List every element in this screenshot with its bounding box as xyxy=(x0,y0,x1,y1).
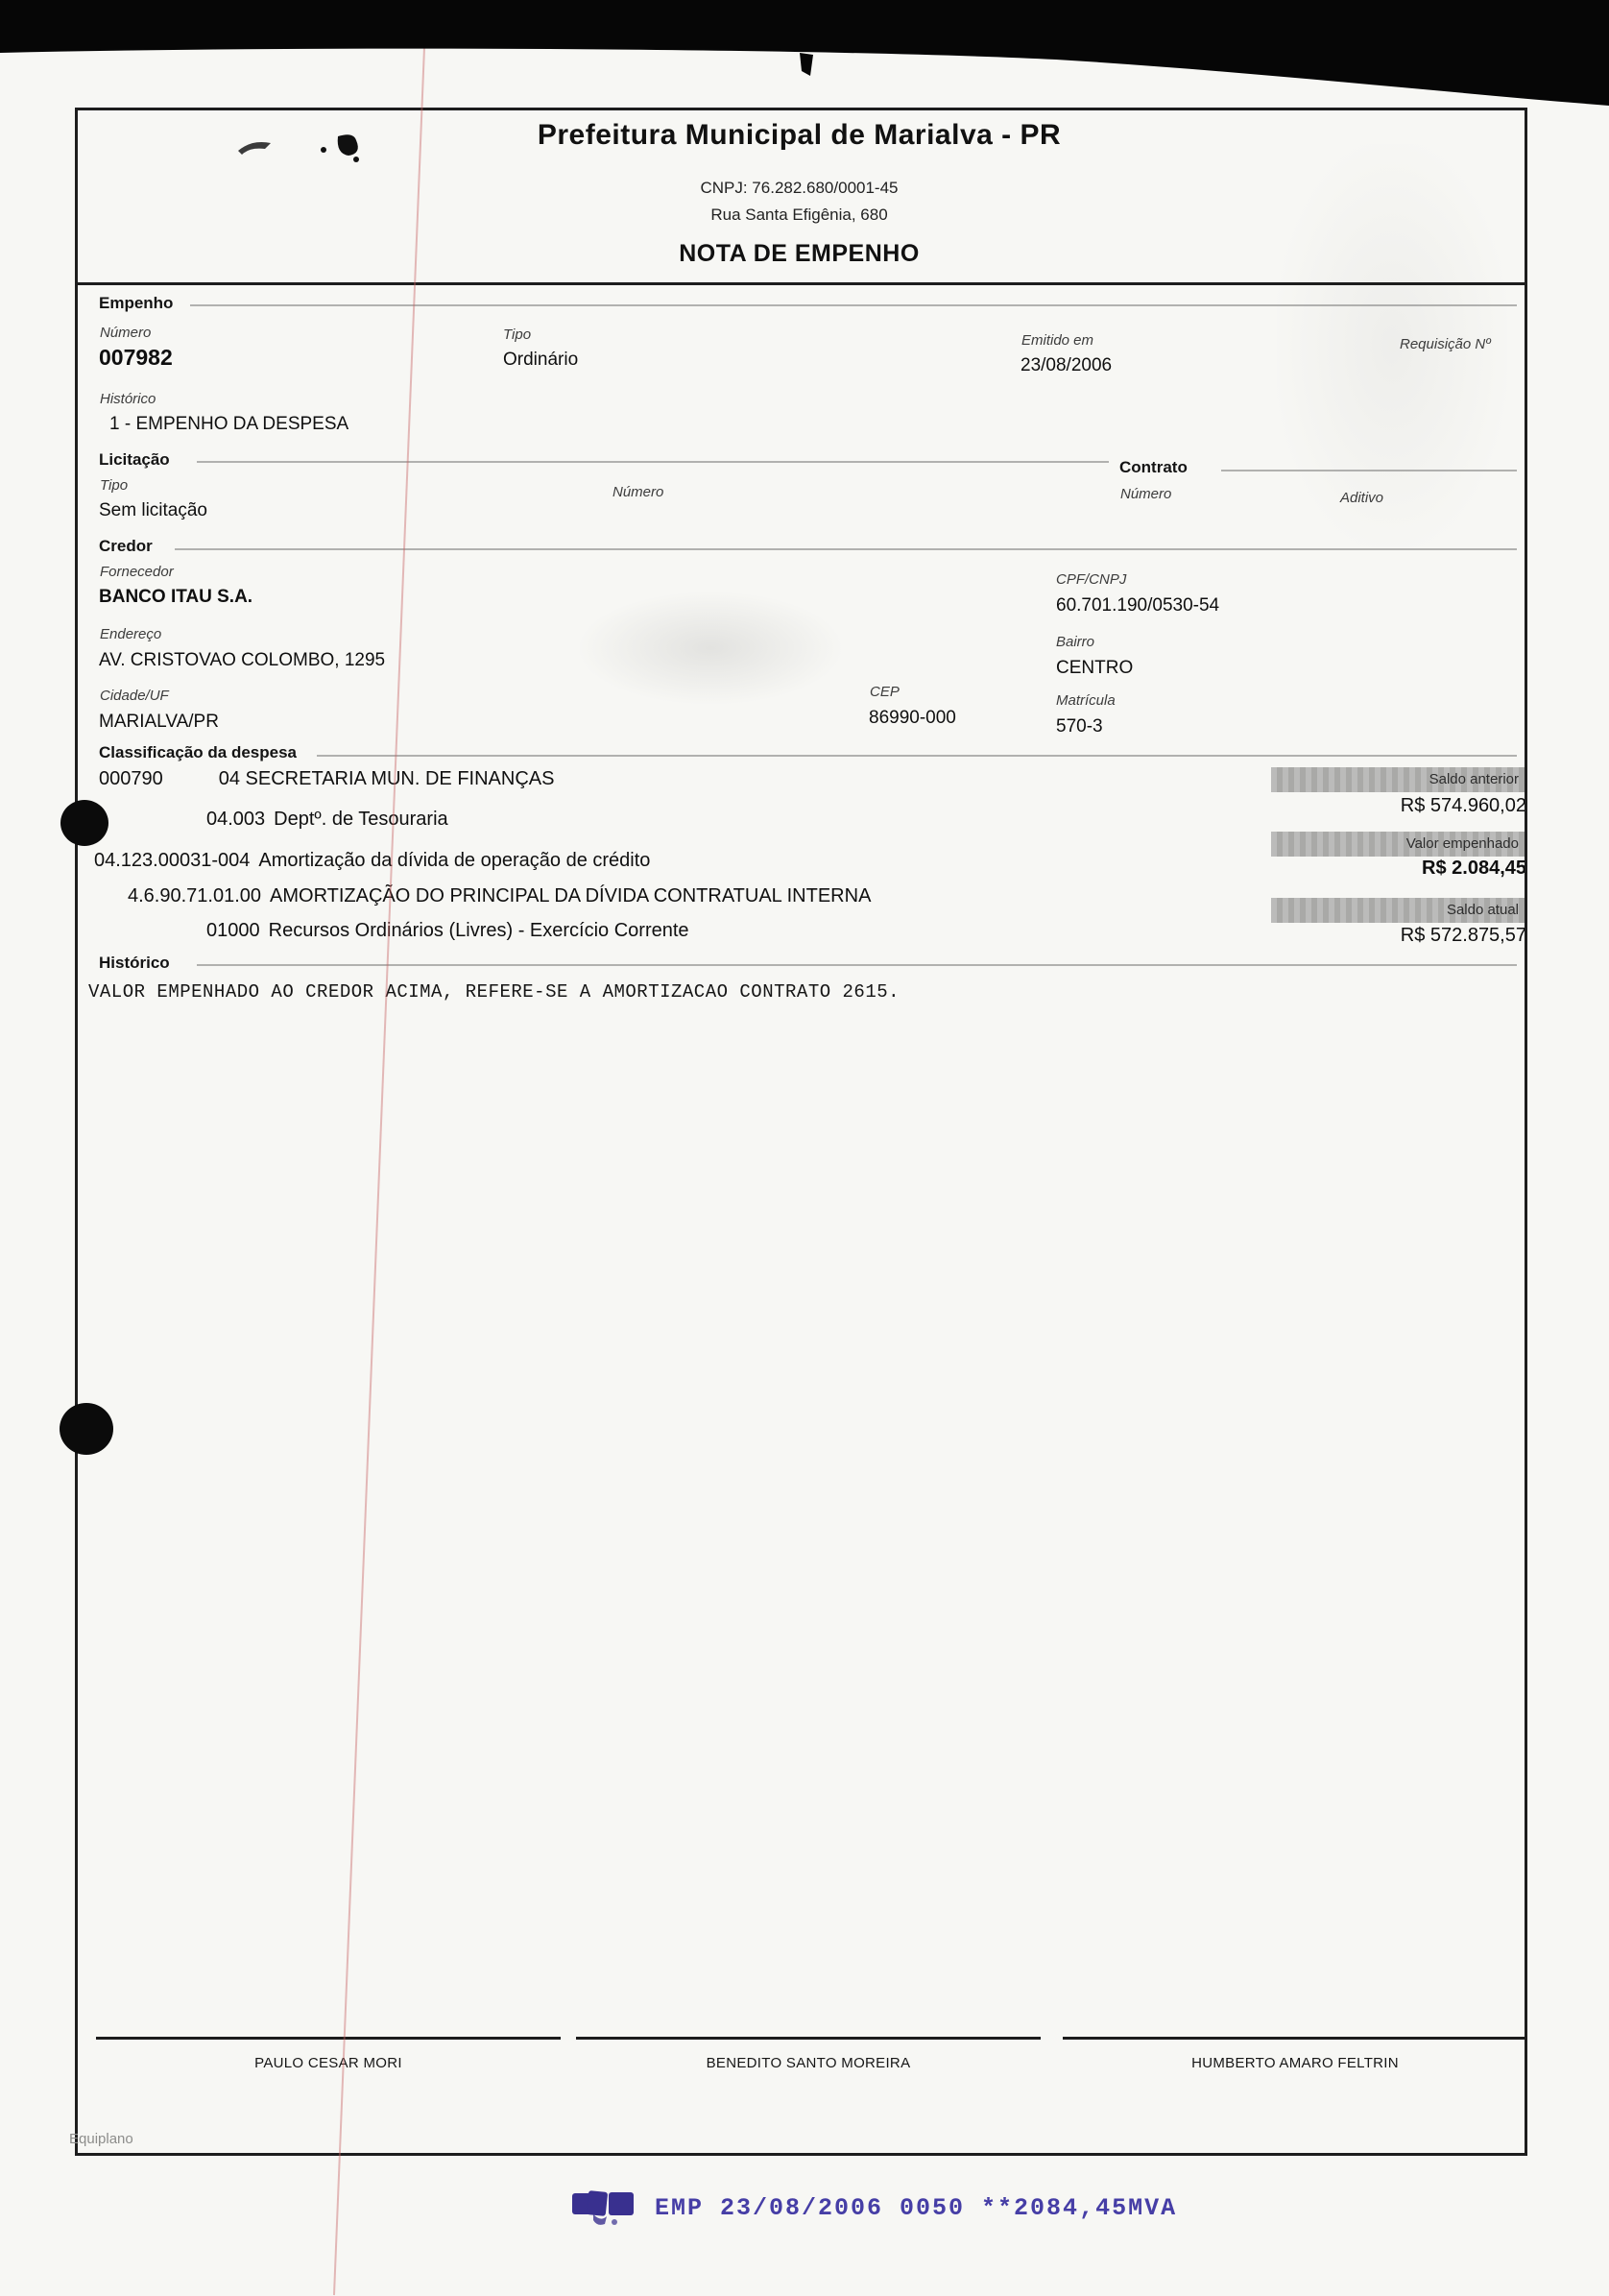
hole-punch-mark xyxy=(60,800,108,846)
stamp-text: EMP 23/08/2006 0050 **2084,45MVA xyxy=(655,2194,1177,2222)
stamp-overprint-blob xyxy=(570,2187,641,2228)
form-border xyxy=(75,108,1527,2156)
hole-punch-mark xyxy=(60,1403,113,1455)
validation-stamp: EMP 23/08/2006 0050 **2084,45MVA xyxy=(570,2187,1177,2228)
pen-marks xyxy=(230,128,374,176)
scanned-document-page: Prefeitura Municipal de Marialva - PR CN… xyxy=(0,0,1609,2296)
scan-top-edge-shadow xyxy=(0,0,1609,125)
vendor-watermark: Equiplano xyxy=(69,2131,133,2147)
